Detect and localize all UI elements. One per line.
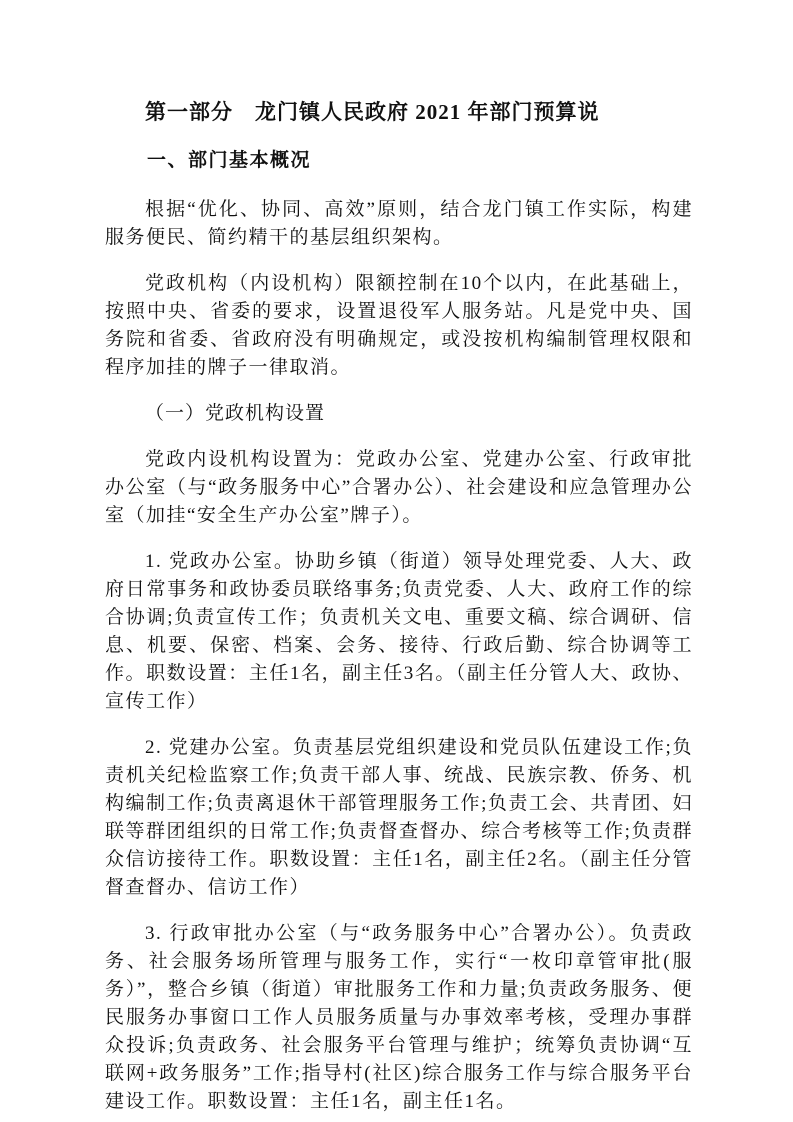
subsection-heading-party-gov-org-setup: （一）党政机构设置 [105, 400, 693, 428]
paragraph-org-limit: 党政机构（内设机构）限额控制在10个以内，在此基础上，按照中央、省委的要求，设置… [105, 270, 693, 382]
document-page: 第一部分 龙门镇人民政府 2021 年部门预算说 一、部门基本概况 根据“优化、… [0, 0, 793, 1122]
section-heading-department-overview: 一、部门基本概况 [105, 148, 693, 174]
office-item-party-building-office: 2. 党建办公室。负责基层党组织建设和党员队伍建设工作;负责机关纪检监察工作;负… [105, 734, 693, 902]
paragraph-principles: 根据“优化、协同、高效”原则，结合龙门镇工作实际，构建服务便民、简约精干的基层组… [105, 196, 693, 252]
office-item-party-gov-office: 1. 党政办公室。协助乡镇（街道）领导处理党委、人大、政府日常事务和政协委员联络… [105, 548, 693, 716]
paragraph-internal-org-list: 党政内设机构设置为：党政办公室、党建办公室、行政审批办公室（与“政务服务中心”合… [105, 446, 693, 530]
document-title: 第一部分 龙门镇人民政府 2021 年部门预算说 [105, 98, 693, 126]
office-item-admin-approval-office: 3. 行政审批办公室（与“政务服务中心”合署办公）。负责政务、社会服务场所管理与… [105, 920, 693, 1116]
